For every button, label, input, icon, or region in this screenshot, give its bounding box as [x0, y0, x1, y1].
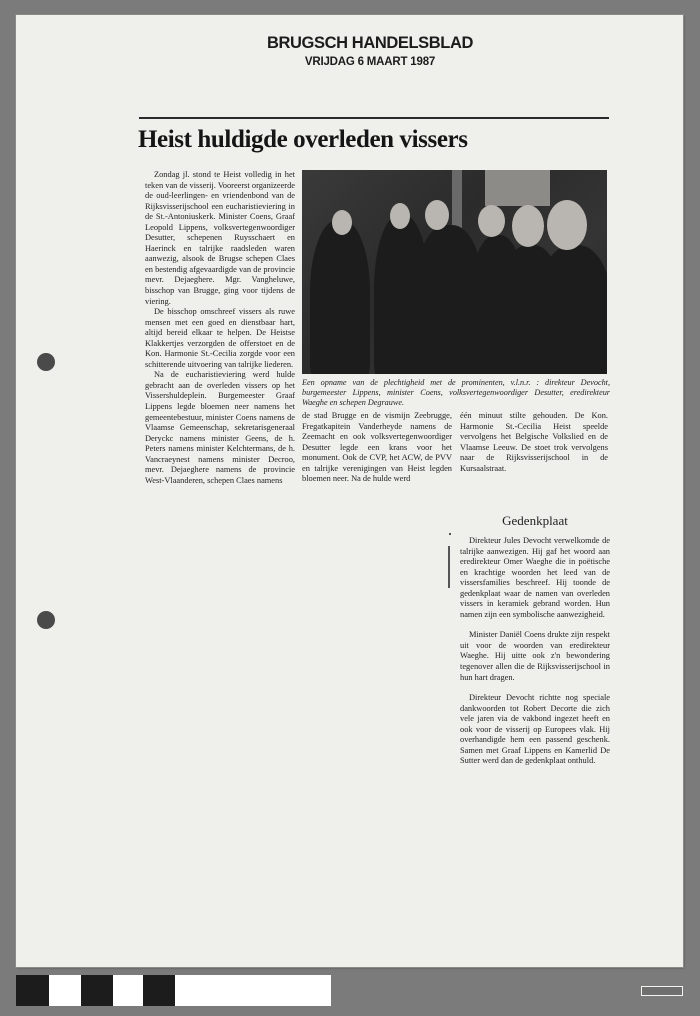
subheading: Gedenkplaat: [460, 513, 610, 529]
paragraph: Minister Daniël Coens drukte zijn respek…: [460, 630, 610, 683]
calibration-bar: [16, 975, 331, 1006]
photo-caption: Een opname van de plechtigheid met de pr…: [302, 378, 610, 408]
photo-banner: [485, 170, 550, 206]
margin-mark: [448, 546, 450, 588]
headline-rule: [139, 117, 609, 119]
newspaper-clipping: [16, 15, 683, 967]
calibration-swatch: [175, 975, 331, 1006]
paragraph: De bisschop omschreef vissers als ruwe m…: [145, 307, 295, 370]
calibration-swatch: [143, 975, 175, 1006]
paragraph: Na de eucharistieviering werd hulde gebr…: [145, 370, 295, 486]
article-column-4: Direkteur Jules Devocht verwelkomde de t…: [460, 536, 610, 777]
calibration-swatch: [16, 975, 49, 1006]
punch-hole: [37, 611, 55, 629]
calibration-swatch: [49, 975, 81, 1006]
photo-flag: [452, 170, 462, 230]
calibration-swatch: [113, 975, 143, 1006]
paragraph: één minuut stilte gehouden. De Kon. Harm…: [460, 411, 608, 474]
archive-label: [641, 986, 683, 996]
masthead: BRUGSCH HANDELSBLAD VRIJDAG 6 MAART 1987: [230, 34, 510, 68]
paragraph: Direkteur Jules Devocht verwelkomde de t…: [460, 536, 610, 620]
article-photo: [302, 170, 607, 374]
article-headline: Heist huldigde overleden vissers: [138, 126, 618, 154]
article-column-3: één minuut stilte gehouden. De Kon. Harm…: [460, 411, 608, 474]
paragraph: de stad Brugge en de vismijn Zeebrugge, …: [302, 411, 452, 485]
publication-date: VRIJDAG 6 MAART 1987: [230, 56, 510, 68]
margin-mark: [449, 533, 451, 535]
newspaper-name: BRUGSCH HANDELSBLAD: [230, 34, 510, 53]
article-column-2: de stad Brugge en de vismijn Zeebrugge, …: [302, 411, 452, 485]
punch-hole: [37, 353, 55, 371]
paragraph: Direkteur Devocht richtte nog speciale d…: [460, 693, 610, 767]
calibration-swatch: [81, 975, 113, 1006]
paragraph: Zondag jl. stond te Heist volledig in he…: [145, 170, 295, 307]
article-column-1: Zondag jl. stond te Heist volledig in he…: [145, 170, 295, 486]
